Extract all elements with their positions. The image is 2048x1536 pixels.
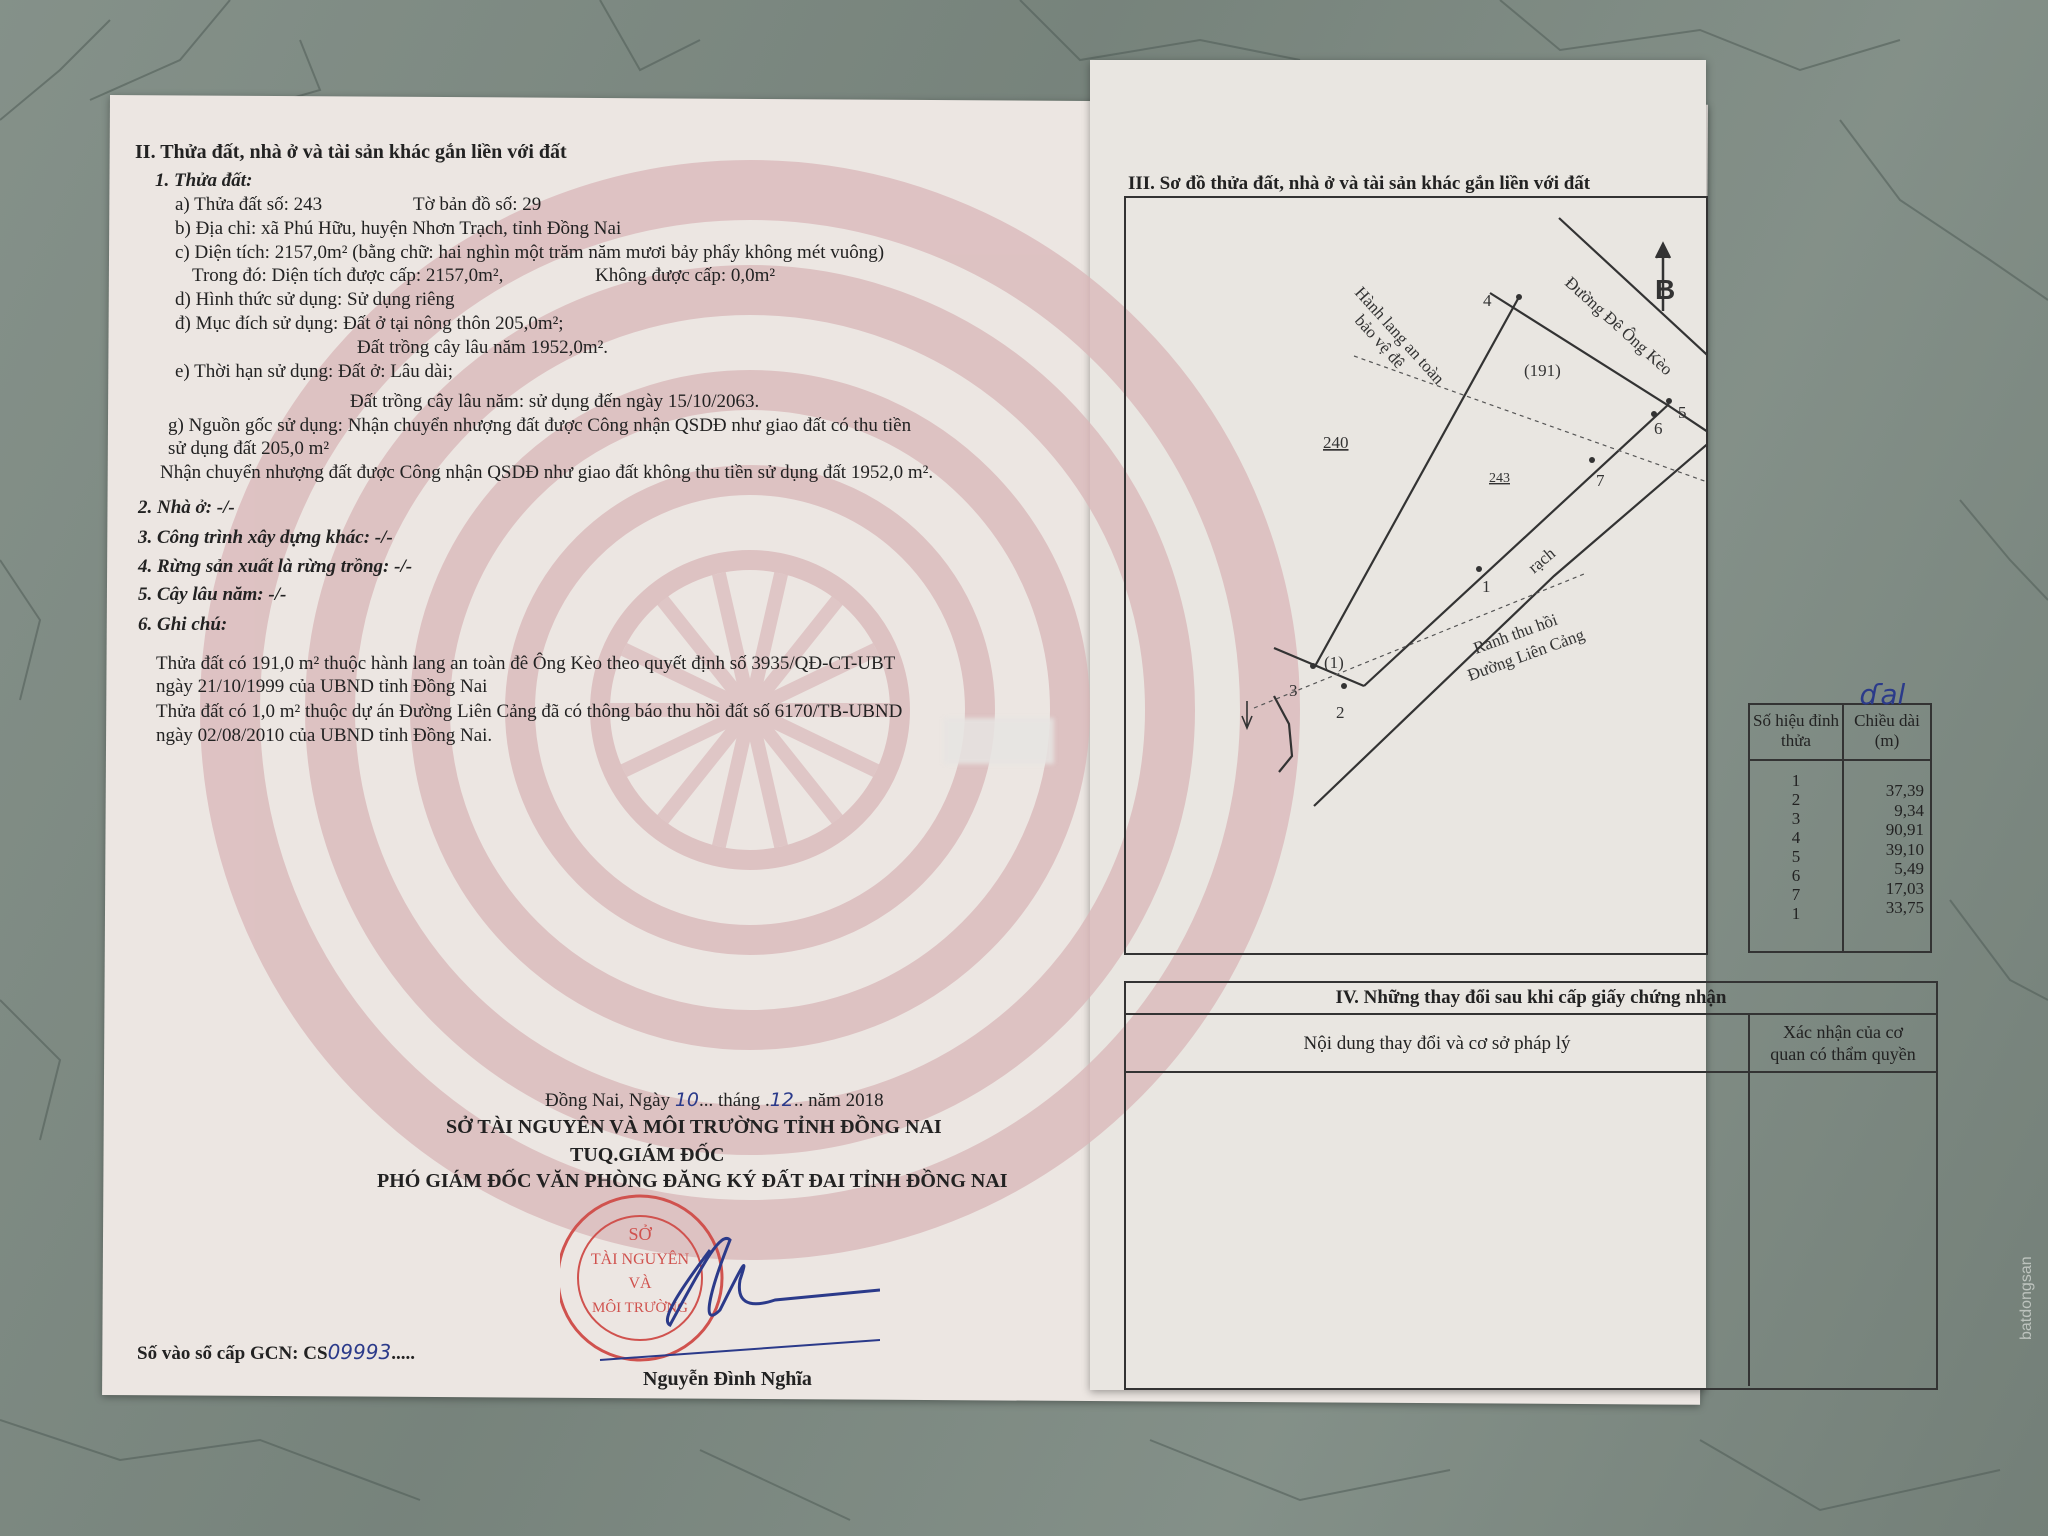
initials-scribble: ɗal [1860, 678, 1905, 711]
svg-text:(1): (1) [1324, 653, 1344, 672]
arrow-icon [1242, 701, 1252, 728]
watermark-logo: batdongsan [2018, 1256, 2036, 1340]
year-label: năm 2018 [808, 1090, 883, 1111]
vertex-cell: 3 [1750, 809, 1842, 828]
changes-col-confirmation: Xác nhận của cơ quan có thẩm quyền [1750, 1021, 1936, 1065]
vertex-cell: 7 [1750, 885, 1842, 904]
official-stamp: SỞ TÀI NGUYÊN VÀ MÔI TRƯỜNG [560, 1190, 880, 1370]
on-behalf: TUQ.GIÁM ĐỐC [570, 1144, 724, 1166]
use-form: d) Hình thức sử dụng: Sử dụng riêng [175, 289, 454, 311]
svg-text:3: 3 [1289, 681, 1298, 700]
confirmation-line-1: Xác nhận của cơ [1750, 1021, 1936, 1043]
area-granted: Trong đó: Diện tích được cấp: 2157,0m², [192, 265, 503, 287]
address: b) Địa chỉ: xã Phú Hữu, huyện Nhơn Trạch… [175, 218, 621, 240]
date-day: 10 [675, 1089, 699, 1111]
length-cell: 39,10 [1844, 840, 1924, 860]
changes-col-content: Nội dung thay đổi và cơ sở pháp lý [1126, 1033, 1748, 1055]
svg-text:240: 240 [1323, 433, 1349, 452]
changes-table: IV. Những thay đổi sau khi cấp giấy chứn… [1124, 981, 1938, 1390]
date-prefix: Đồng Nai, Ngày [545, 1090, 670, 1111]
register-value: 09993 [328, 1340, 392, 1364]
map-sheet-number: Tờ bản đồ số: 29 [413, 194, 541, 216]
date-month: 12 [770, 1089, 794, 1111]
register-number: Số vào sổ cấp GCN: CS09993..... [137, 1340, 415, 1365]
svg-text:243: 243 [1489, 471, 1510, 486]
plot-diagram: 4 5 6 7 1 2 3 (1) (191) 240 243 rạch Hàn… [1124, 196, 1708, 955]
section-ii-title: II. Thửa đất, nhà ở và tài sản khác gắn … [135, 141, 567, 163]
svg-text:VÀ: VÀ [628, 1273, 652, 1292]
other-construction-item: 3. Công trình xây dựng khác: -/- [138, 527, 393, 549]
signature-scribble [667, 1238, 880, 1325]
svg-text:4: 4 [1483, 291, 1492, 310]
section-iv-title: IV. Những thay đổi sau khi cấp giấy chứn… [1126, 983, 1936, 1015]
svg-text:(191): (191) [1524, 361, 1561, 380]
vertex-cell: 4 [1750, 828, 1842, 847]
length-cell: 90,91 [1844, 820, 1924, 840]
table-header-vertex: Số hiệu đỉnh thửa [1750, 711, 1842, 751]
term-residential: e) Thời hạn sử dụng: Đất ở: Lâu dài; [175, 361, 453, 383]
svg-text:5: 5 [1678, 403, 1687, 422]
house-item: 2. Nhà ở: -/- [138, 497, 235, 519]
signer-title: PHÓ GIÁM ĐỐC VĂN PHÒNG ĐĂNG KÝ ĐẤT ĐAI T… [377, 1170, 1008, 1192]
register-label: Số vào sổ cấp GCN: CS [137, 1343, 328, 1364]
issue-date: Đồng Nai, Ngày 10... tháng .12.. năm 201… [545, 1089, 884, 1112]
vertex-cell: 6 [1750, 866, 1842, 885]
table-header-length: Chiều dài (m) [1844, 711, 1930, 751]
svg-text:TÀI NGUYÊN: TÀI NGUYÊN [591, 1249, 690, 1268]
vertex-cell: 1 [1750, 771, 1842, 790]
note-line: Thửa đất có 191,0 m² thuộc hành lang an … [156, 653, 895, 675]
svg-text:rạch: rạch [1524, 543, 1559, 577]
svg-text:2: 2 [1336, 703, 1345, 722]
area: c) Diện tích: 2157,0m² (bằng chữ: hai ng… [175, 242, 884, 264]
confirmation-line-2: quan có thẩm quyền [1750, 1043, 1936, 1065]
purpose-perennial: Đất trồng cây lâu năm 1952,0m². [357, 337, 608, 359]
area-not-granted: Không được cấp: 0,0m² [595, 265, 775, 287]
agency-name: SỞ TÀI NGUYÊN VÀ MÔI TRƯỜNG TỈNH ĐỒNG NA… [446, 1116, 942, 1138]
length-cell: 5,49 [1844, 859, 1924, 879]
length-cell: 37,39 [1844, 781, 1924, 801]
note-line: ngày 21/10/1999 của UBND tỉnh Đồng Nai [156, 676, 487, 698]
land-heading: 1. Thửa đất: [155, 170, 252, 192]
svg-text:6: 6 [1654, 419, 1663, 438]
term-perennial: Đất trồng cây lâu năm: sử dụng đến ngày … [350, 391, 759, 413]
note-line: Thửa đất có 1,0 m² thuộc dự án Đường Liê… [156, 701, 902, 723]
vertex-cell: 1 [1750, 904, 1842, 923]
svg-text:7: 7 [1596, 471, 1605, 490]
origin-line-2: sử dụng đất 205,0 m² [168, 438, 329, 460]
section-iii-title: III. Sơ đồ thửa đất, nhà ở và tài sản kh… [1128, 173, 1590, 195]
note-line: ngày 02/08/2010 của UBND tỉnh Đồng Nai. [156, 725, 492, 747]
perennial-item: 5. Cây lâu năm: -/- [138, 584, 286, 606]
parcel-number: a) Thửa đất số: 243 [175, 194, 322, 216]
purpose-residential: đ) Mục đích sử dụng: Đất ở tại nông thôn… [175, 313, 564, 335]
blurred-redaction [944, 718, 1054, 764]
length-cell: 33,75 [1844, 898, 1924, 918]
svg-text:1: 1 [1482, 577, 1491, 596]
vertex-cell: 5 [1750, 847, 1842, 866]
notes-heading: 6. Ghi chú: [138, 614, 227, 636]
origin-line-1: g) Nguồn gốc sử dụng: Nhận chuyển nhượng… [168, 415, 911, 437]
svg-text:SỞ: SỞ [628, 1223, 652, 1244]
month-label: tháng [718, 1090, 760, 1111]
svg-text:B: B [1655, 274, 1675, 305]
origin-line-3: Nhận chuyển nhượng đất được Công nhận QS… [160, 462, 933, 484]
length-cell: 17,03 [1844, 879, 1924, 899]
signer-name: Nguyễn Đình Nghĩa [643, 1368, 812, 1390]
north-arrow-icon: B [1655, 244, 1675, 311]
vertex-cell: 2 [1750, 790, 1842, 809]
forest-item: 4. Rừng sản xuất là rừng trồng: -/- [138, 556, 412, 578]
length-cell: 9,34 [1844, 801, 1924, 821]
vertex-table: Số hiệu đỉnh thửa Chiều dài (m) 12345671… [1748, 703, 1932, 953]
